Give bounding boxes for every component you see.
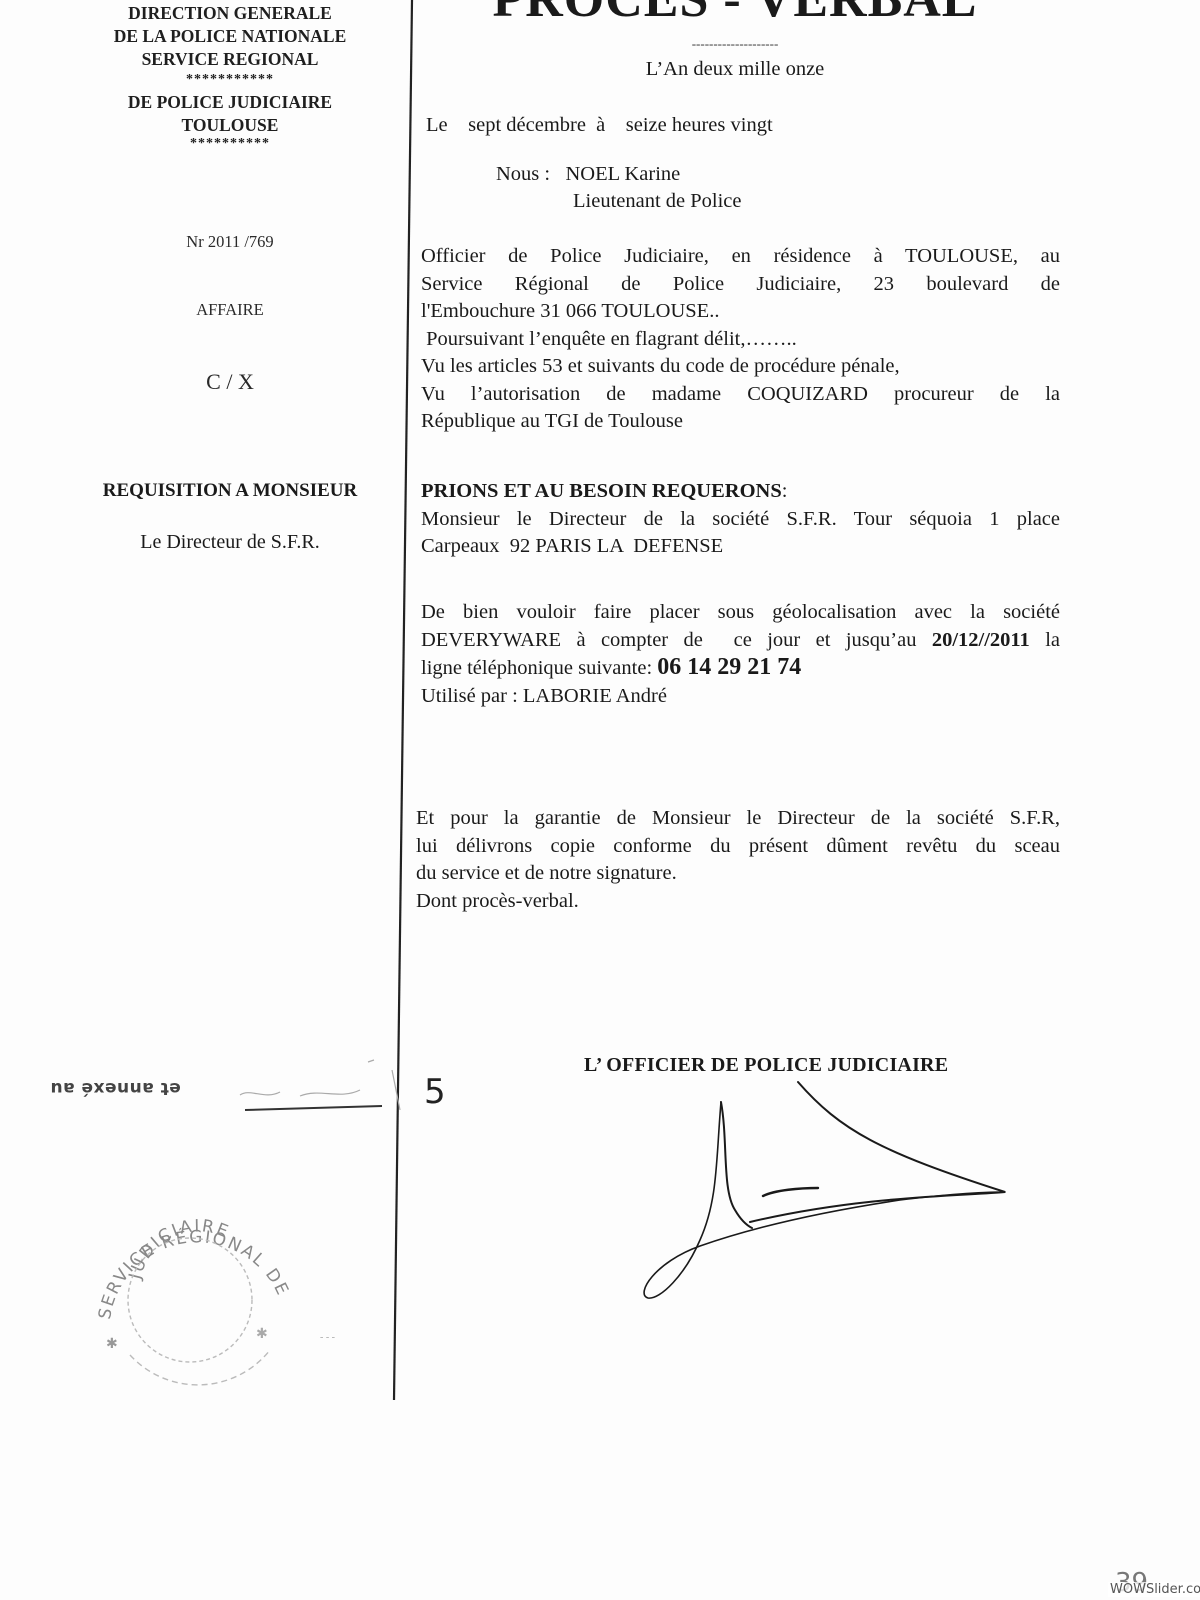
annex-stamp: et annexé au xyxy=(50,1078,181,1098)
svg-text:✱: ✱ xyxy=(106,1337,118,1352)
seal-outer-text: SERVICE RÉGIONAL DE POLICE xyxy=(72,1165,293,1321)
svg-text:SERVICE RÉGIONAL DE POLICE: SERVICE RÉGIONAL DE POLICE xyxy=(72,1165,293,1321)
svg-text:✱: ✱ xyxy=(256,1327,268,1342)
annex-number: 5 xyxy=(424,1072,446,1112)
svg-text:- - -: - - - xyxy=(320,1332,335,1343)
official-seal: SERVICE RÉGIONAL DE POLICE JUDICIAIRE ✱ … xyxy=(80,1180,310,1390)
watermark: WOWSlider.com xyxy=(1108,1582,1200,1597)
